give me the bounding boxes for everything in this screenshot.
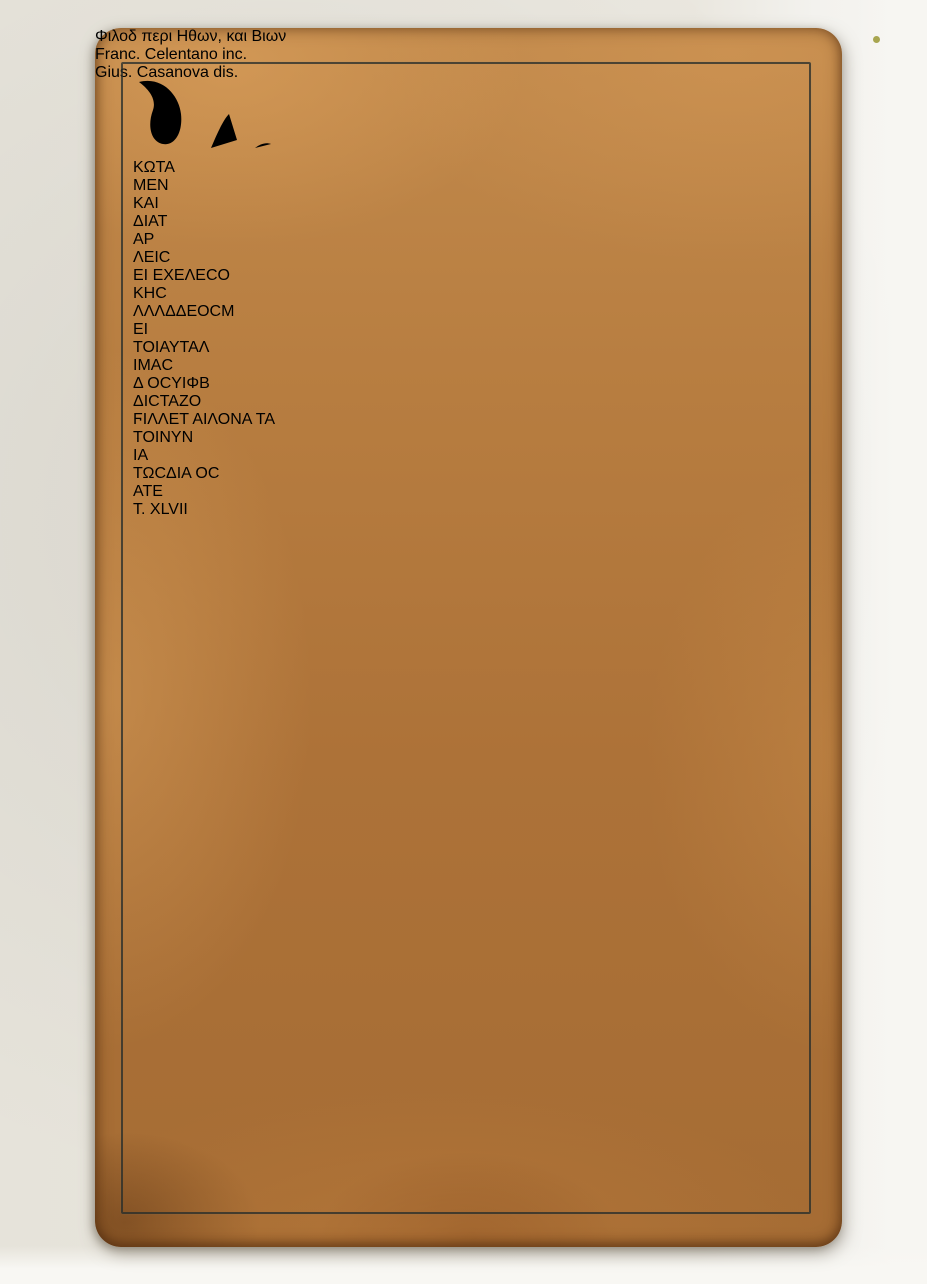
fragment-text-line: ΙΜΑϹ (133, 357, 795, 375)
fragment-text-line: ΚΩΤΑ (133, 159, 795, 177)
plate-number-mirrored: T. XLVII (133, 501, 795, 519)
scratch-loop-mark (133, 74, 203, 154)
fragment-text-line: ΕΙ ΕΧΕΛΕϹΟ (133, 267, 795, 285)
copper-plate: Φιλοδ περι Ηθων, και Βιων ΚΩΤΑΜΕΝΚΑΙΔΙΑΤ… (95, 28, 842, 1247)
fragment-text-line: Δ ΟϹΥΙΦΒ (133, 375, 795, 393)
fragment-text-line: ΚΗϹ (133, 285, 795, 303)
fragment-greek-text-mirrored: ΚΩΤΑΜΕΝΚΑΙΔΙΑΤΑΡΛΕΙϹΕΙ ΕΧΕΛΕϹΟΚΗϹΛΛΛΔΔΕΟ… (133, 159, 795, 501)
fragment-text-line: ΜΕΝ (133, 177, 795, 195)
plate-number-numeral: XLVII (150, 501, 188, 518)
scratch-a-mark (207, 110, 247, 154)
papyrus-fragment: ΚΩΤΑΜΕΝΚΑΙΔΙΑΤΑΡΛΕΙϹΕΙ ΕΧΕΛΕϹΟΚΗϹΛΛΛΔΔΕΟ… (133, 159, 795, 501)
fragment-text-line: ΤΩϹΔΙΑ ΟϹ (133, 465, 795, 483)
plate-number-prefix: T. (133, 501, 145, 518)
backdrop-bright-strip-bottom (0, 1246, 927, 1284)
fragment-text-line: ΑΡ (133, 231, 795, 249)
backdrop-speck (873, 36, 880, 43)
photo-backdrop: { "meta": { "mirrored_plate_text": true … (0, 0, 927, 1284)
fragment-text-line: ΔΙϹΤΑΖΟ (133, 393, 795, 411)
fragment-text-line: ΛΛΛΔΔΕΟϹΜ (133, 303, 795, 321)
fragment-text-line: ΕΙ (133, 321, 795, 339)
fragment-text-line: ΤΟΙΝΥΝ (133, 429, 795, 447)
fragment-text-line: ΛΕΙϹ (133, 249, 795, 267)
fragment-text-line: ϜΙΛΛΕΤ ΑΙΛΟΝΑ ΤΑ (133, 411, 795, 429)
fragment-text-line: ΚΑΙ (133, 195, 795, 213)
fragment-text-line: ΔΙΑΤ (133, 213, 795, 231)
scratch-dash-mark (252, 136, 274, 154)
handwritten-title-mirrored: Φιλοδ περι Ηθων, και Βιων (95, 28, 842, 46)
etched-field: ΚΩΤΑΜΕΝΚΑΙΔΙΑΤΑΡΛΕΙϹΕΙ ΕΧΕΛΕϹΟΚΗϹΛΛΛΔΔΕΟ… (133, 74, 795, 1198)
backdrop-bright-strip-right (857, 0, 927, 1284)
fragment-text-line: ΤΟΙΑΥΤΑΛ (133, 339, 795, 357)
fragment-text-line: ΑΤΕ (133, 483, 795, 501)
fragment-text-line: ΙΑ (133, 447, 795, 465)
